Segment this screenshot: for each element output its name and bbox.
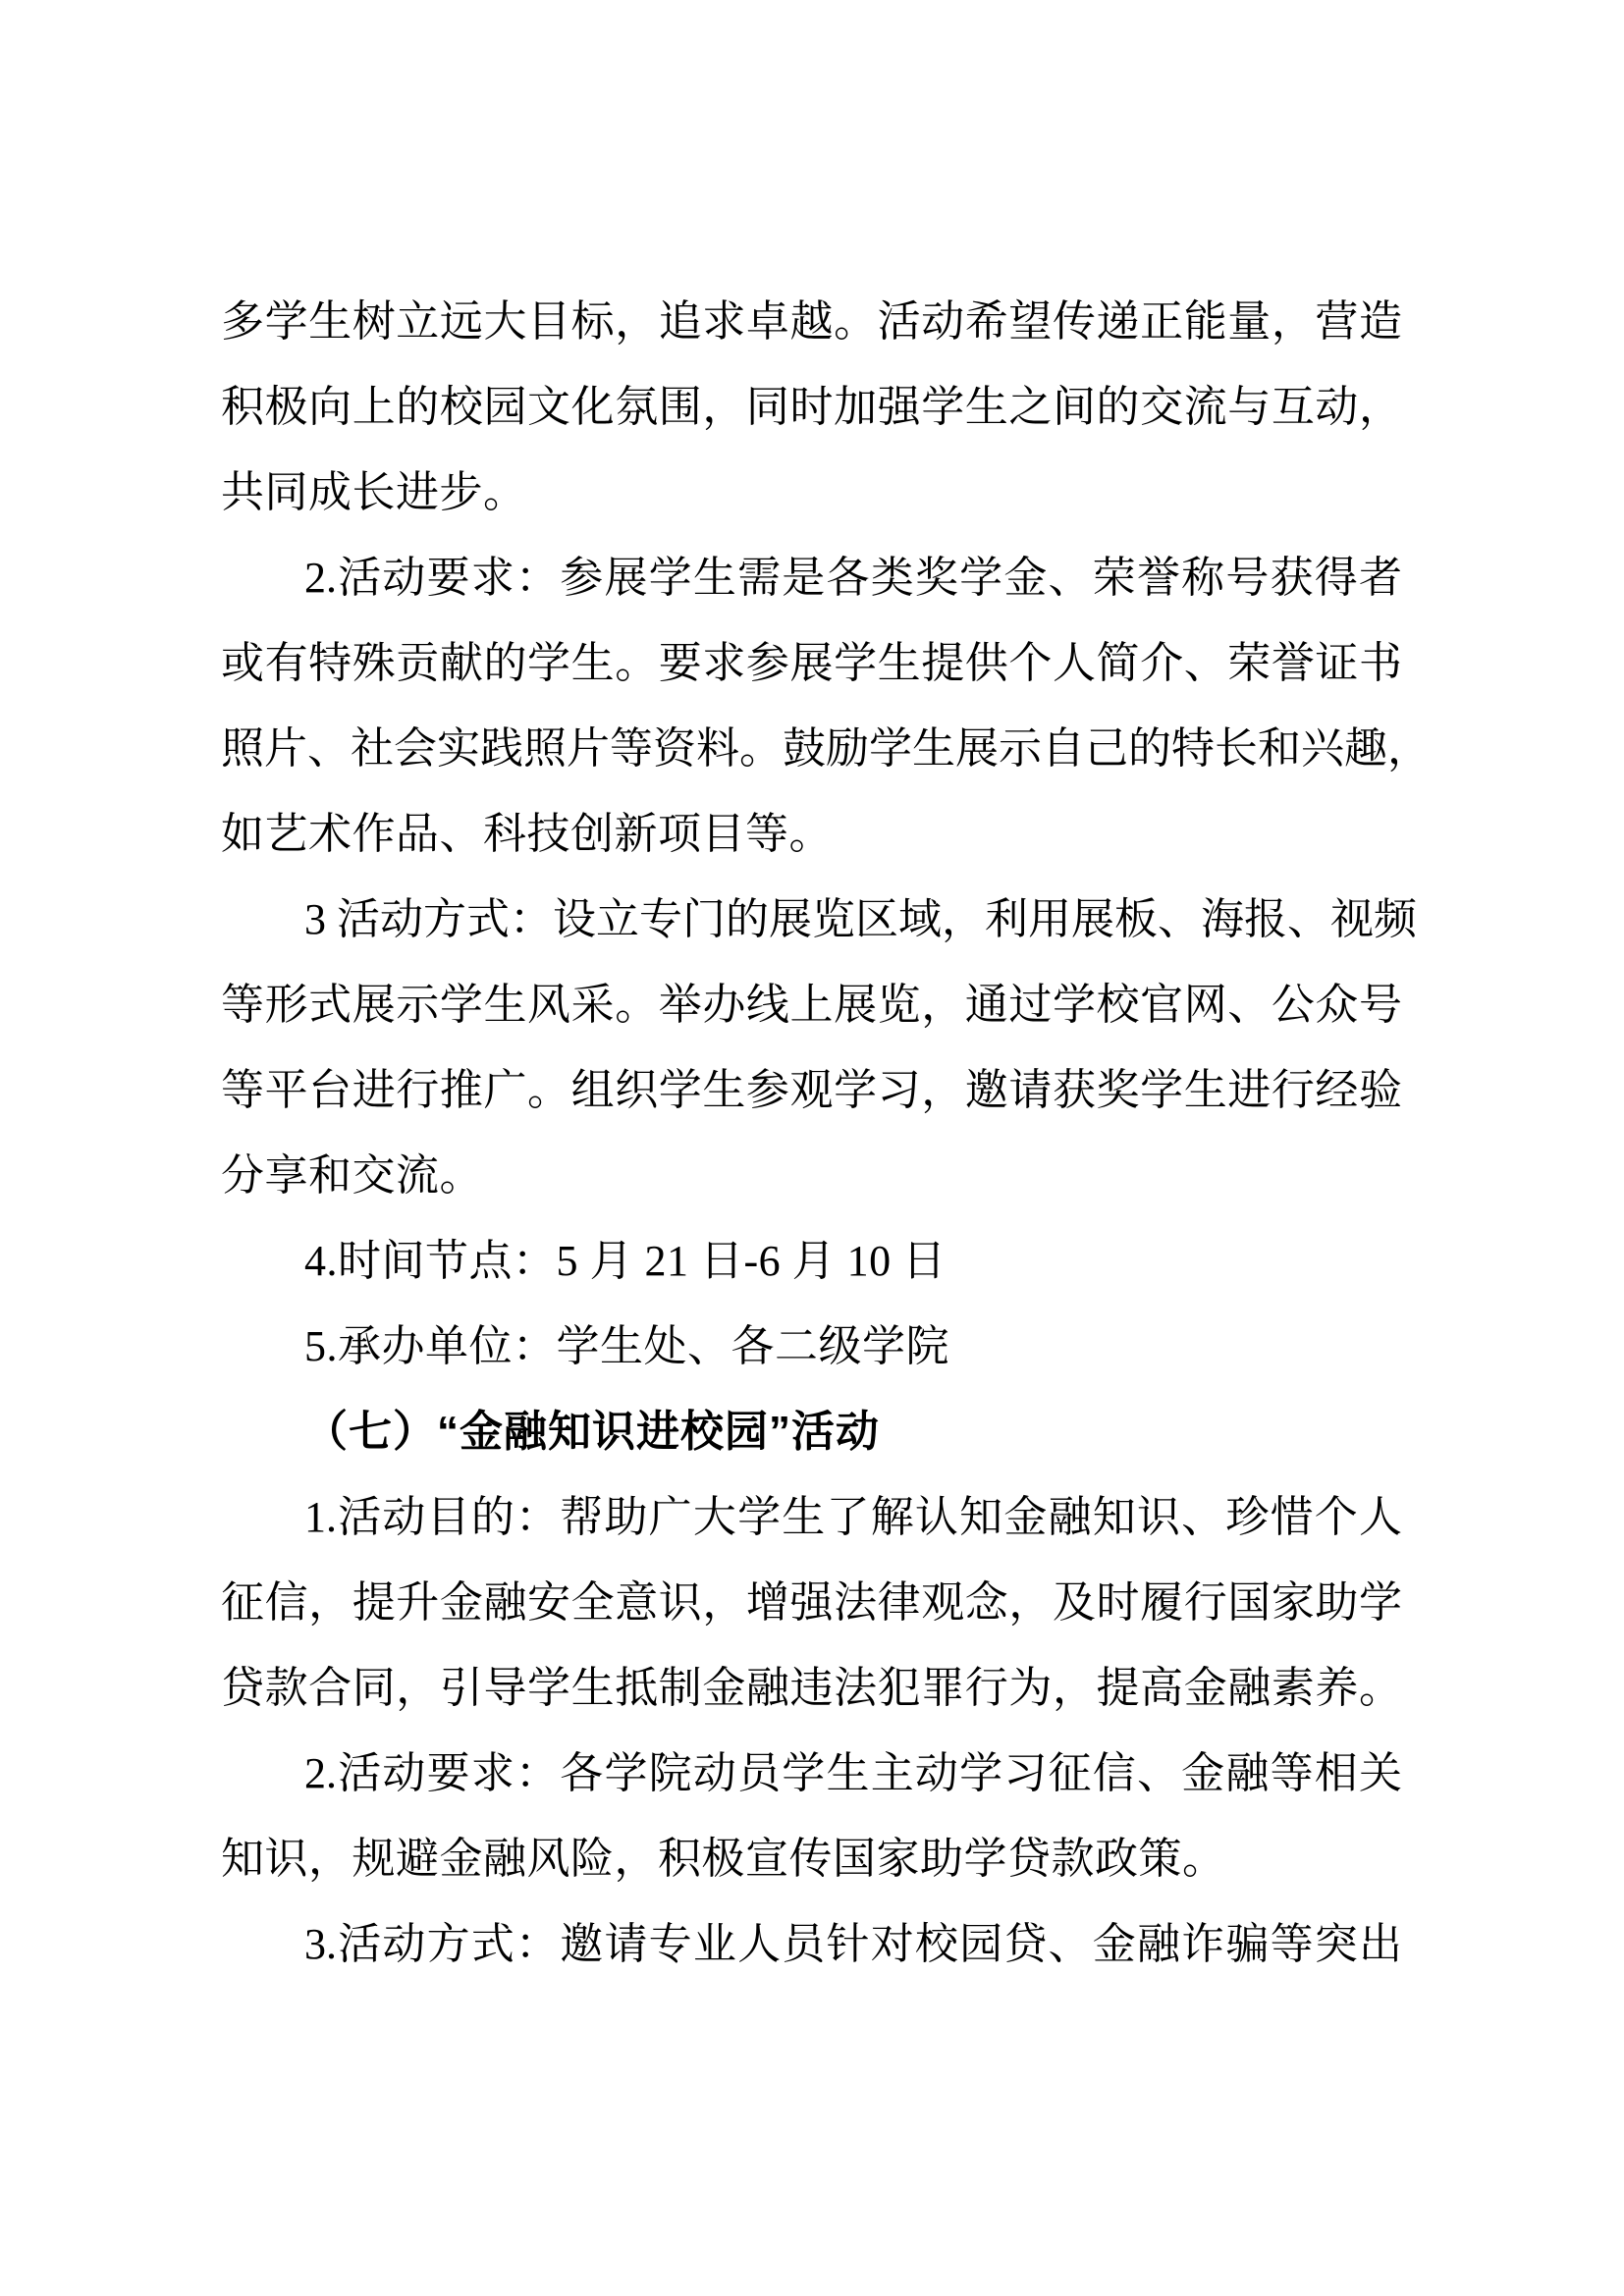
- text-line: 2.活动要求：各学院动员学生主动学习征信、金融等相关: [221, 1731, 1402, 1816]
- text-line: 如艺术作品、科技创新项目等。: [221, 791, 1402, 877]
- text-line: 多学生树立远大目标，追求卓越。活动希望传递正能量，营造: [221, 279, 1402, 364]
- text-line: 贷款合同，引导学生抵制金融违法犯罪行为，提高金融素养。: [221, 1645, 1402, 1731]
- text-line: 2.活动要求：参展学生需是各类奖学金、荣誉称号获得者: [221, 535, 1402, 620]
- document-body: 多学生树立远大目标，追求卓越。活动希望传递正能量，营造积极向上的校园文化氛围，同…: [221, 279, 1402, 1987]
- text-line: 知识，规避金融风险，积极宣传国家助学贷款政策。: [221, 1816, 1402, 1901]
- text-line: 或有特殊贡献的学生。要求参展学生提供个人简介、荣誉证书: [221, 620, 1402, 706]
- text-line: 积极向上的校园文化氛围，同时加强学生之间的交流与互动，: [221, 364, 1402, 450]
- text-line: 照片、社会实践照片等资料。鼓励学生展示自己的特长和兴趣，: [221, 706, 1402, 791]
- text-line: 3 活动方式：设立专门的展览区域，利用展板、海报、视频: [221, 877, 1402, 962]
- document-page: 多学生树立远大目标，追求卓越。活动希望传递正能量，营造积极向上的校园文化氛围，同…: [0, 0, 1624, 2296]
- text-line: 等平台进行推广。组织学生参观学习，邀请获奖学生进行经验: [221, 1047, 1402, 1133]
- text-line: 分享和交流。: [221, 1133, 1402, 1218]
- text-line: 4.时间节点：5 月 21 日-6 月 10 日: [221, 1218, 1402, 1304]
- text-line: 等形式展示学生风采。举办线上展览，通过学校官网、公众号: [221, 962, 1402, 1047]
- text-line: 5.承办单位：学生处、各二级学院: [221, 1304, 1402, 1389]
- text-line: 3.活动方式：邀请专业人员针对校园贷、金融诈骗等突出: [221, 1901, 1402, 1987]
- section-heading: （七）“金融知识进校园”活动: [221, 1389, 1402, 1474]
- text-line: 1.活动目的：帮助广大学生了解认知金融知识、珍惜个人: [221, 1474, 1402, 1560]
- text-line: 共同成长进步。: [221, 450, 1402, 535]
- text-line: 征信，提升金融安全意识，增强法律观念，及时履行国家助学: [221, 1560, 1402, 1645]
